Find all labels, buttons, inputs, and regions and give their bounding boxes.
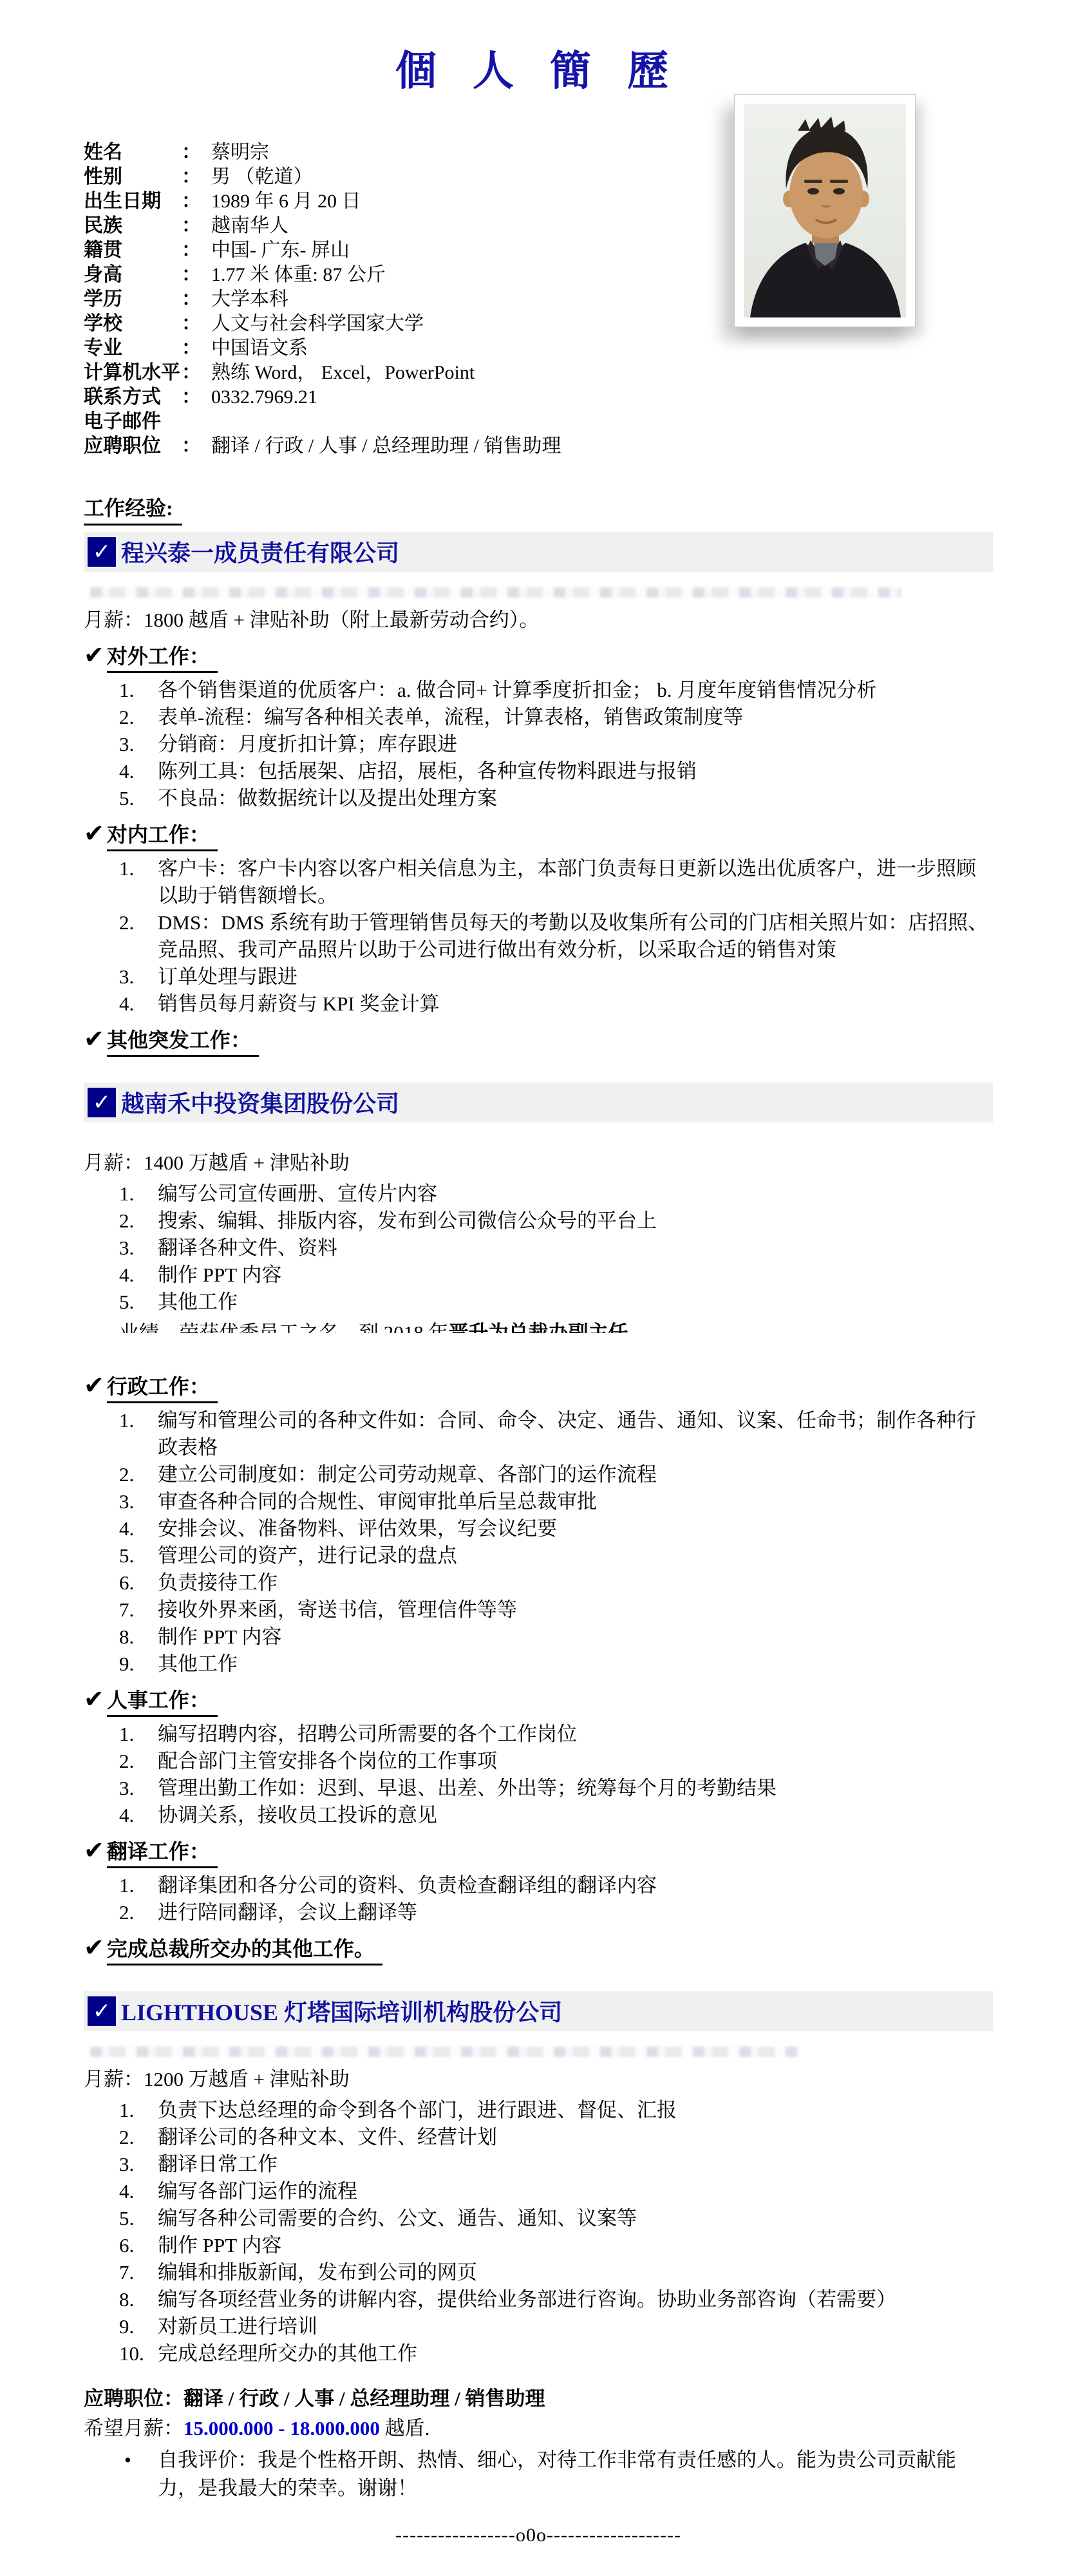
check-icon: ✔ bbox=[84, 1687, 104, 1711]
list-item: 翻译公司的各种文本、文件、经营计划 bbox=[119, 2124, 993, 2151]
section-title: 翻译工作： bbox=[107, 1835, 218, 1868]
list-item: 管理出勤工作如：迟到、早退、出差、外出等；统筹每个月的考勤结果 bbox=[119, 1775, 993, 1802]
work-experience-heading: 工作经验: bbox=[84, 492, 182, 526]
list-item: 客户卡：客户卡内容以客户相关信息为主，本部门负责每日更新以选出优质客户，进一步照… bbox=[119, 855, 993, 909]
info-colon: ： bbox=[182, 165, 211, 189]
list-item: 建立公司制度如：制定公司劳动规章、各部门的运作流程 bbox=[119, 1461, 993, 1488]
info-value bbox=[211, 410, 993, 434]
list-item: 分销商：月度折扣计算；库存跟进 bbox=[119, 731, 993, 758]
duty-list: 客户卡：客户卡内容以客户相关信息为主，本部门负责每日更新以选出优质客户，进一步照… bbox=[119, 855, 993, 1018]
info-colon: ： bbox=[182, 214, 211, 238]
info-row: 电子邮件 bbox=[84, 410, 993, 434]
section-heading: ✔ 对外工作： bbox=[84, 640, 993, 673]
info-value: 熟练 Word， Excel，PowerPoint bbox=[211, 361, 993, 385]
section-heading: ✔ 人事工作： bbox=[84, 1684, 993, 1717]
expected-salary-label: 希望月薪： bbox=[84, 2417, 184, 2439]
list-item: 编辑和排版新闻，发布到公司的网页 bbox=[119, 2259, 993, 2286]
info-label: 电子邮件 bbox=[84, 410, 182, 434]
info-row: 计算机水平：熟练 Word， Excel，PowerPoint bbox=[84, 361, 993, 385]
list-item: 编写各项经营业务的讲解内容，提供给业务部进行咨询。协助业务部咨询（若需要） bbox=[119, 2286, 993, 2313]
info-row: 应聘职位：翻译 / 行政 / 人事 / 总经理助理 / 销售助理 bbox=[84, 434, 993, 459]
section-title: 其他突发工作： bbox=[107, 1024, 259, 1057]
resume-page: 個 人 簡 歷 姓名：蔡明 bbox=[0, 0, 1065, 2576]
photo-frame bbox=[734, 94, 916, 327]
info-label: 学历 bbox=[84, 287, 182, 312]
duty-list: 编写公司宣传画册、宣传片内容 搜索、编辑、排版内容，发布到公司微信公众号的平台上… bbox=[119, 1180, 993, 1316]
expected-salary-value: 15.000.000 - 18.000.000 bbox=[184, 2417, 380, 2439]
list-item: 编写和管理公司的各种文件如：合同、命令、决定、通告、通知、议案、任命书；制作各种… bbox=[119, 1407, 993, 1461]
company-name: 越南禾中投资集团股份公司 bbox=[121, 1086, 399, 1119]
list-item: 制作 PPT 内容 bbox=[119, 1262, 993, 1289]
info-colon: ： bbox=[182, 263, 211, 287]
checkbox-icon: ✓ bbox=[88, 1996, 116, 2026]
section-title: 人事工作： bbox=[107, 1684, 218, 1717]
list-item: 其他工作 bbox=[119, 1651, 993, 1678]
salary-line: 月薪：1800 越盾 + 津贴补助（附上最新劳动合约）。 bbox=[84, 607, 993, 634]
achievement-text-bold: 晋升为总裁办副主任 bbox=[449, 1321, 628, 1333]
duty-list: 编写和管理公司的各种文件如：合同、命令、决定、通告、通知、议案、任命书；制作各种… bbox=[119, 1407, 993, 1678]
applied-position-line: 应聘职位：翻译 / 行政 / 人事 / 总经理助理 / 销售助理 bbox=[84, 2384, 993, 2414]
list-item: 搜索、编辑、排版内容，发布到公司微信公众号的平台上 bbox=[119, 1207, 993, 1235]
info-row: 专业：中国语文系 bbox=[84, 336, 993, 361]
section-heading: ✔ 其他突发工作： bbox=[84, 1024, 993, 1057]
list-item: 编写各部门运作的流程 bbox=[119, 2178, 993, 2205]
check-glyph: ✓ bbox=[93, 539, 111, 565]
duty-list: 翻译集团和各分公司的资料、负责检查翻译组的翻译内容 进行陪同翻译，会议上翻译等 bbox=[119, 1872, 993, 1926]
list-item: 审查各种合同的合规性、审阅审批单后呈总裁审批 bbox=[119, 1488, 993, 1515]
section-title: 行政工作： bbox=[107, 1370, 218, 1403]
info-colon: ： bbox=[182, 434, 211, 459]
info-label: 应聘职位 bbox=[84, 434, 182, 459]
list-item: 对新员工进行培训 bbox=[119, 2313, 993, 2340]
info-colon: ： bbox=[182, 361, 211, 385]
list-item: 安排会议、准备物料、评估效果，写会议纪要 bbox=[119, 1515, 993, 1542]
info-label: 专业 bbox=[84, 336, 182, 361]
list-item: 翻译集团和各分公司的资料、负责检查翻译组的翻译内容 bbox=[119, 1872, 993, 1899]
info-colon: ： bbox=[182, 336, 211, 361]
info-value: 中国语文系 bbox=[211, 336, 993, 361]
duty-list: 编写招聘内容，招聘公司所需要的各个工作岗位 配合部门主管安排各个岗位的工作事项 … bbox=[119, 1721, 993, 1829]
info-colon: ： bbox=[182, 385, 211, 410]
list-item: 陈列工具：包括展架、店招，展柜，各种宣传物料跟进与报销 bbox=[119, 758, 993, 785]
end-divider: -----------------o0o------------------- bbox=[84, 2524, 993, 2546]
footer: 应聘职位：翻译 / 行政 / 人事 / 总经理助理 / 销售助理 希望月薪：15… bbox=[84, 2384, 993, 2546]
list-item: 配合部门主管安排各个岗位的工作事项 bbox=[119, 1748, 993, 1775]
info-label: 身高 bbox=[84, 263, 182, 287]
company-header: ✓ LIGHTHOUSE 灯塔国际培训机构股份公司 bbox=[84, 1991, 993, 2031]
list-item: 销售员每月薪资与 KPI 奖金计算 bbox=[119, 990, 993, 1018]
list-item: 接收外界来函，寄送书信，管理信件等等 bbox=[119, 1596, 993, 1624]
check-icon: ✔ bbox=[84, 1838, 104, 1862]
info-value: 0332.7969.21 bbox=[211, 385, 993, 410]
info-colon: ： bbox=[182, 312, 211, 336]
section-heading: ✔ 行政工作： bbox=[84, 1370, 993, 1403]
expected-salary-line: 希望月薪：15.000.000 - 18.000.000 越盾. bbox=[84, 2414, 993, 2443]
info-label: 学校 bbox=[84, 312, 182, 336]
info-label: 计算机水平 bbox=[84, 361, 182, 385]
section-title: 完成总裁所交办的其他工作。 bbox=[107, 1933, 382, 1965]
list-item: 不良品：做数据统计以及提出处理方案 bbox=[119, 785, 993, 812]
check-icon: ✔ bbox=[84, 643, 104, 667]
info-colon: ： bbox=[182, 238, 211, 263]
salary-line: 月薪：1200 万越盾 + 津贴补助 bbox=[84, 2066, 993, 2093]
check-glyph: ✓ bbox=[93, 1090, 111, 1115]
list-item: 负责下达总经理的命令到各个部门，进行跟进、督促、汇报 bbox=[119, 2097, 993, 2124]
check-icon: ✔ bbox=[84, 1027, 104, 1051]
page-title: 個 人 簡 歷 bbox=[84, 48, 993, 95]
info-colon: ： bbox=[182, 287, 211, 312]
list-item: 表单-流程：编写各种相关表单，流程，计算表格，销售政策制度等 bbox=[119, 704, 993, 731]
list-item: 负责接待工作 bbox=[119, 1569, 993, 1596]
list-item: 编写公司宣传画册、宣传片内容 bbox=[119, 1180, 993, 1207]
salary-line: 月薪：1400 万越盾 + 津贴补助 bbox=[84, 1150, 993, 1177]
expected-salary-suffix: 越盾. bbox=[380, 2417, 430, 2439]
list-item: 制作 PPT 内容 bbox=[119, 2232, 993, 2259]
info-label: 联系方式 bbox=[84, 385, 182, 410]
info-label: 性别 bbox=[84, 165, 182, 189]
section-heading: ✔ 对内工作： bbox=[84, 819, 993, 851]
check-icon: ✔ bbox=[84, 821, 104, 846]
section-title: 对内工作： bbox=[107, 819, 218, 851]
section-heading: ✔ 翻译工作： bbox=[84, 1835, 993, 1868]
list-item: 管理公司的资产，进行记录的盘点 bbox=[119, 1542, 993, 1569]
list-item: 制作 PPT 内容 bbox=[119, 1624, 993, 1651]
list-item: 各个销售渠道的优质客户：a. 做合同+ 计算季度折扣金； b. 月度年度销售情况… bbox=[119, 677, 993, 704]
list-item: 其他工作 bbox=[119, 1289, 993, 1316]
list-item: 编写招聘内容，招聘公司所需要的各个工作岗位 bbox=[119, 1721, 993, 1748]
info-label: 民族 bbox=[84, 214, 182, 238]
bullet-icon: • bbox=[124, 2446, 131, 2474]
list-item: 翻译日常工作 bbox=[119, 2151, 993, 2178]
info-colon: ： bbox=[182, 140, 211, 165]
info-colon bbox=[182, 410, 211, 434]
company-header: ✓ 程兴泰一成员责任有限公司 bbox=[84, 532, 993, 572]
checkbox-icon: ✓ bbox=[88, 1088, 116, 1117]
info-row: 联系方式：0332.7969.21 bbox=[84, 385, 993, 410]
list-item: 订单处理与跟进 bbox=[119, 963, 993, 990]
list-item: 完成总经理所交办的其他工作 bbox=[119, 2340, 993, 2367]
list-item: DMS：DMS 系统有助于管理销售员每天的考勤以及收集所有公司的门店相关照片如：… bbox=[119, 909, 993, 963]
portrait-photo bbox=[744, 104, 906, 317]
self-evaluation-text: 自我评价：我是个性格开朗、热情、细心，对待工作非常有责任感的人。能为贵公司贡献能… bbox=[158, 2448, 956, 2499]
achievement-text: 业绩，荣获优秀员工之名，到 2018 年 bbox=[119, 1321, 449, 1333]
applied-position-label: 应聘职位： bbox=[84, 2387, 184, 2410]
check-icon: ✔ bbox=[84, 1935, 104, 1960]
company-header: ✓ 越南禾中投资集团股份公司 bbox=[84, 1083, 993, 1122]
check-glyph: ✓ bbox=[93, 1998, 111, 2024]
achievement-line-clipped: 业绩，荣获优秀员工之名，到 2018 年晋升为总裁办副主任 bbox=[119, 1321, 993, 1333]
redacted-line bbox=[90, 587, 901, 598]
info-label: 籍贯 bbox=[84, 238, 182, 263]
info-value: 翻译 / 行政 / 人事 / 总经理助理 / 销售助理 bbox=[211, 434, 993, 459]
company-name: LIGHTHOUSE 灯塔国际培训机构股份公司 bbox=[121, 1994, 562, 2027]
duty-list: 各个销售渠道的优质客户：a. 做合同+ 计算季度折扣金； b. 月度年度销售情况… bbox=[119, 677, 993, 812]
info-label: 出生日期 bbox=[84, 189, 182, 214]
self-evaluation: • 自我评价：我是个性格开朗、热情、细心，对待工作非常有责任感的人。能为贵公司贡… bbox=[119, 2446, 993, 2503]
section-heading: ✔ 完成总裁所交办的其他工作。 bbox=[84, 1933, 993, 1965]
redacted-line bbox=[90, 2047, 798, 2057]
checkbox-icon: ✓ bbox=[88, 537, 116, 567]
company-name: 程兴泰一成员责任有限公司 bbox=[121, 535, 399, 568]
applied-position-value: 翻译 / 行政 / 人事 / 总经理助理 / 销售助理 bbox=[184, 2387, 545, 2410]
list-item: 进行陪同翻译，会议上翻译等 bbox=[119, 1899, 993, 1926]
list-item: 翻译各种文件、资料 bbox=[119, 1235, 993, 1262]
info-label: 姓名 bbox=[84, 140, 182, 165]
section-title: 对外工作： bbox=[107, 640, 218, 673]
check-icon: ✔ bbox=[84, 1373, 104, 1397]
list-item: 编写各种公司需要的合约、公文、通告、通知、议案等 bbox=[119, 2205, 993, 2232]
info-colon: ： bbox=[182, 189, 211, 214]
list-item: 协调关系，接收员工投诉的意见 bbox=[119, 1802, 993, 1829]
duty-list: 负责下达总经理的命令到各个部门，进行跟进、督促、汇报 翻译公司的各种文本、文件、… bbox=[119, 2097, 993, 2367]
